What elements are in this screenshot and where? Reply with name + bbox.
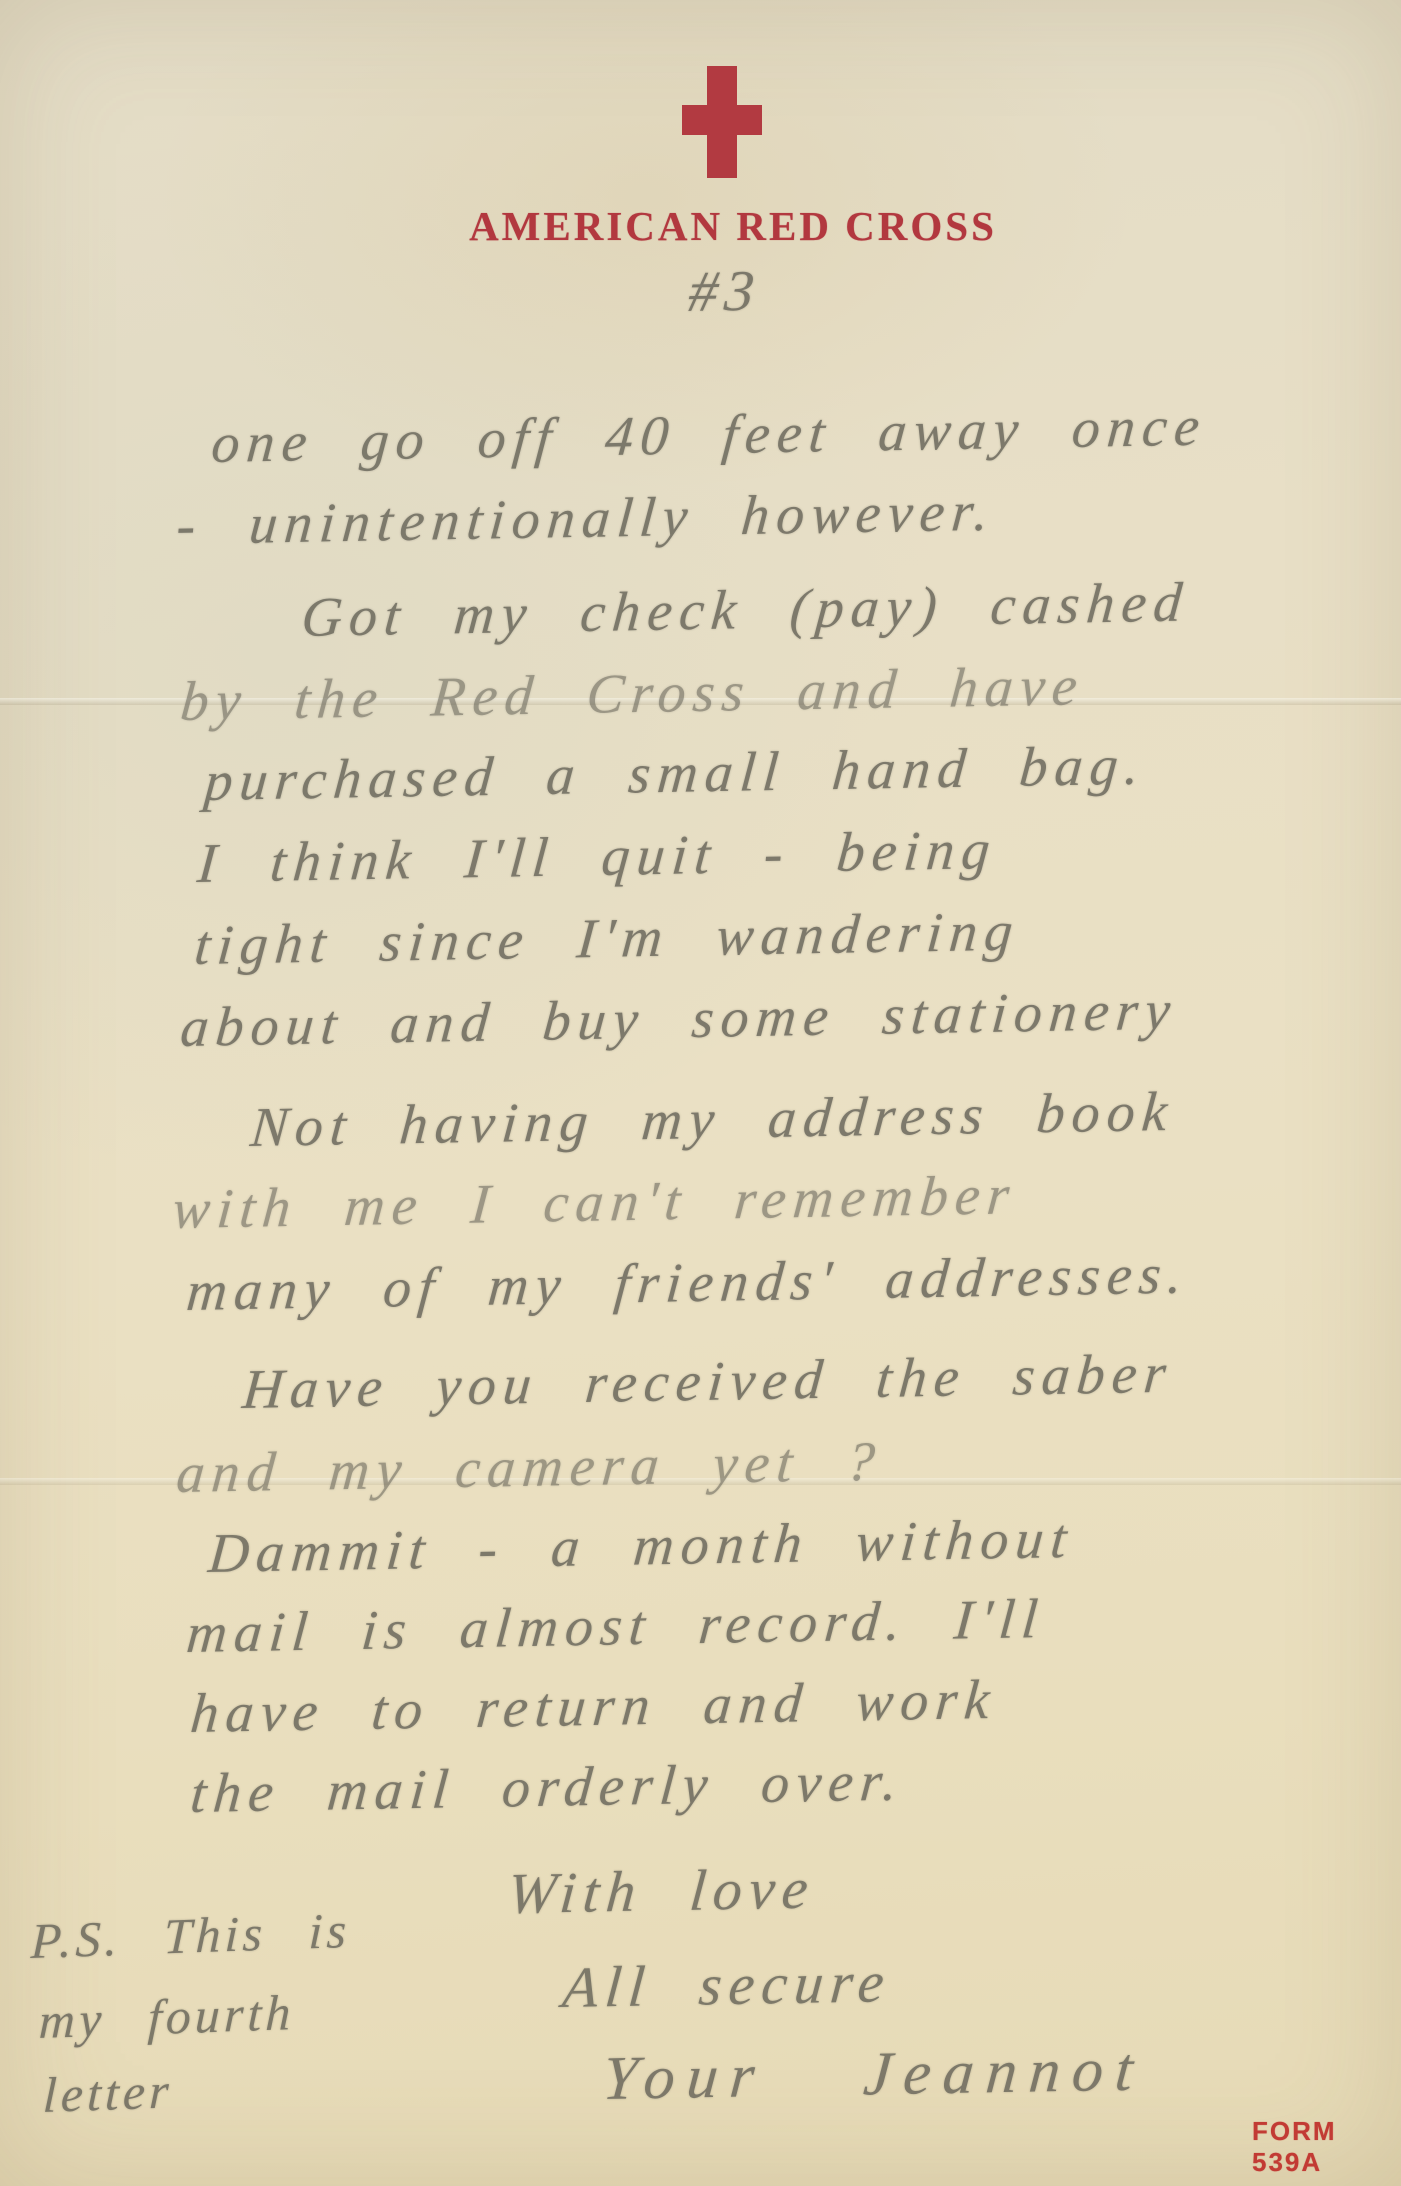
handwritten-line: about and buy some stationery xyxy=(178,979,1180,1060)
handwritten-line: - unintentionally however. xyxy=(174,480,998,558)
handwritten-line: Have you received the saber xyxy=(240,1342,1176,1422)
closing-line: With love xyxy=(505,1855,818,1927)
red-cross-icon xyxy=(682,66,762,178)
letterhead-title: AMERICAN RED CROSS xyxy=(333,202,1133,250)
handwritten-line: one go off 40 feet away once xyxy=(209,395,1209,476)
handwritten-line: the mail orderly over. xyxy=(188,1750,907,1826)
handwritten-line: and my camera yet ? xyxy=(174,1430,884,1506)
handwritten-line: Got my check (pay) cashed xyxy=(299,571,1191,650)
postscript-line: P.S. This is xyxy=(30,1901,351,1970)
handwritten-line: tight since I'm wandering xyxy=(192,900,1022,978)
postscript-line: my fourth xyxy=(38,1983,296,2050)
handwritten-line: have to return and work xyxy=(188,1668,999,1746)
handwritten-line: with me I can't remember xyxy=(170,1163,1019,1242)
closing-line: All secure xyxy=(560,1948,894,2021)
handwritten-line: mail is almost record. I'll xyxy=(184,1587,1047,1666)
handwritten-line: by the Red Cross and have xyxy=(178,654,1087,734)
handwritten-line: I think I'll quit - being xyxy=(195,818,999,896)
handwritten-line: Dammit - a month without xyxy=(206,1507,1076,1586)
handwritten-line: Not having my address book xyxy=(248,1080,1177,1160)
letter-number: #3 xyxy=(686,257,764,325)
letter-page: AMERICAN RED CROSS #3 one go off 40 feet… xyxy=(0,0,1401,2186)
handwritten-line: many of my friends' addresses. xyxy=(184,1243,1192,1324)
handwritten-line: purchased a small hand bag. xyxy=(202,734,1149,814)
form-number: FORM 539A xyxy=(1252,2116,1401,2178)
postscript-line: letter xyxy=(42,2062,174,2124)
signature: Your Jeannot xyxy=(600,2035,1148,2115)
